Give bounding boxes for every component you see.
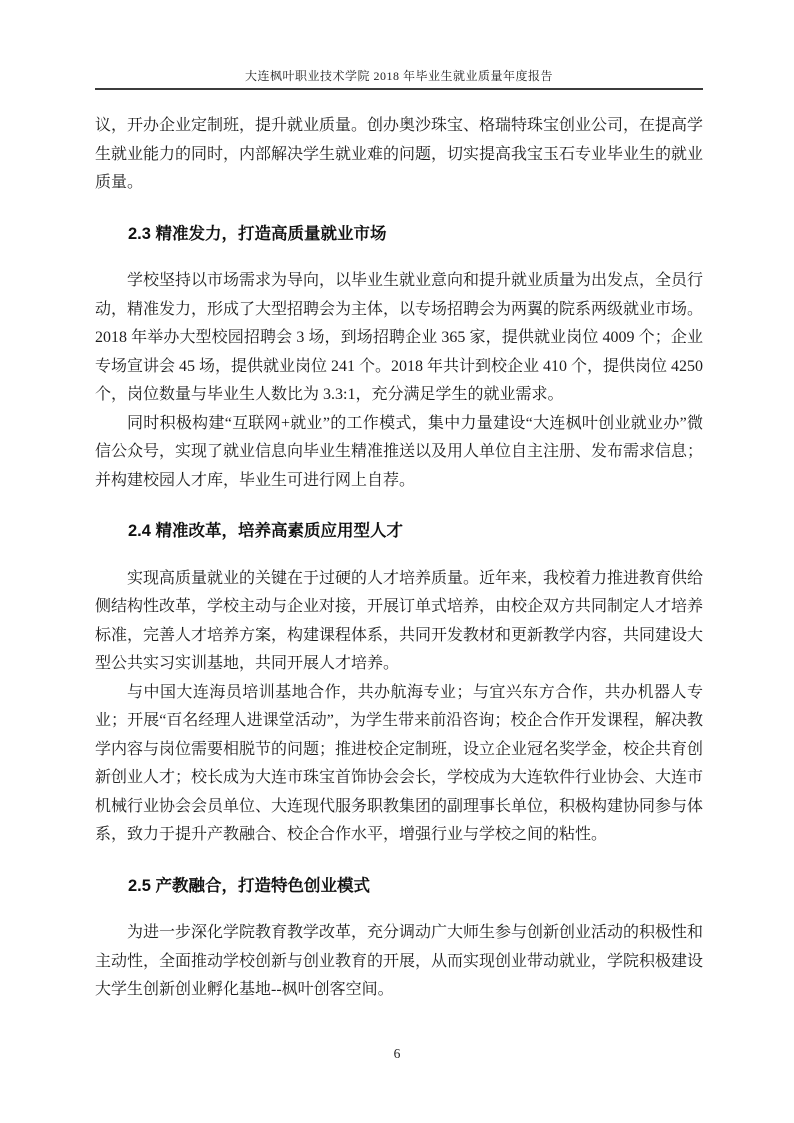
paragraph-employment-market: 学校坚持以市场需求为导向，以毕业生就业意向和提升就业质量为出发点，全员行动，精准…: [95, 267, 703, 410]
paragraph-internet-plus-employment: 同时积极构建“互联网+就业”的工作模式，集中力量建设“大连枫叶创业就业办”微信公…: [95, 410, 703, 496]
paragraph-innovation-entrepreneurship: 为进一步深化学院教育教学改革，充分调动广大师生参与创新创业活动的积极性和主动性，…: [95, 919, 703, 1005]
report-page: 大连枫叶职业技术学院 2018 年毕业生就业质量年度报告 议，开办企业定制班，提…: [0, 0, 794, 1123]
paragraph-continuation: 议，开办企业定制班，提升就业质量。创办奥沙珠宝、格瑞特珠宝创业公司，在提高学生就…: [95, 112, 703, 198]
header-divider-line: [95, 88, 703, 90]
paragraph-talent-cultivation: 实现高质量就业的关键在于过硬的人才培养质量。近年来，我校着力推进教育供给侧结构性…: [95, 565, 703, 679]
heading-section-2-5: 2.5 产教融合，打造特色创业模式: [95, 872, 703, 901]
paragraph-school-enterprise-cooperation: 与中国大连海员培训基地合作，共办航海专业；与宜兴东方合作，共办机器人专业；开展“…: [95, 679, 703, 850]
document-body: 议，开办企业定制班，提升就业质量。创办奥沙珠宝、格瑞特珠宝创业公司，在提高学生就…: [95, 112, 703, 1005]
page-number: 6: [0, 1046, 794, 1062]
heading-section-2-3: 2.3 精准发力，打造高质量就业市场: [95, 220, 703, 249]
page-header-title: 大连枫叶职业技术学院 2018 年毕业生就业质量年度报告: [95, 69, 703, 84]
heading-section-2-4: 2.4 精准改革，培养高素质应用型人才: [95, 517, 703, 546]
